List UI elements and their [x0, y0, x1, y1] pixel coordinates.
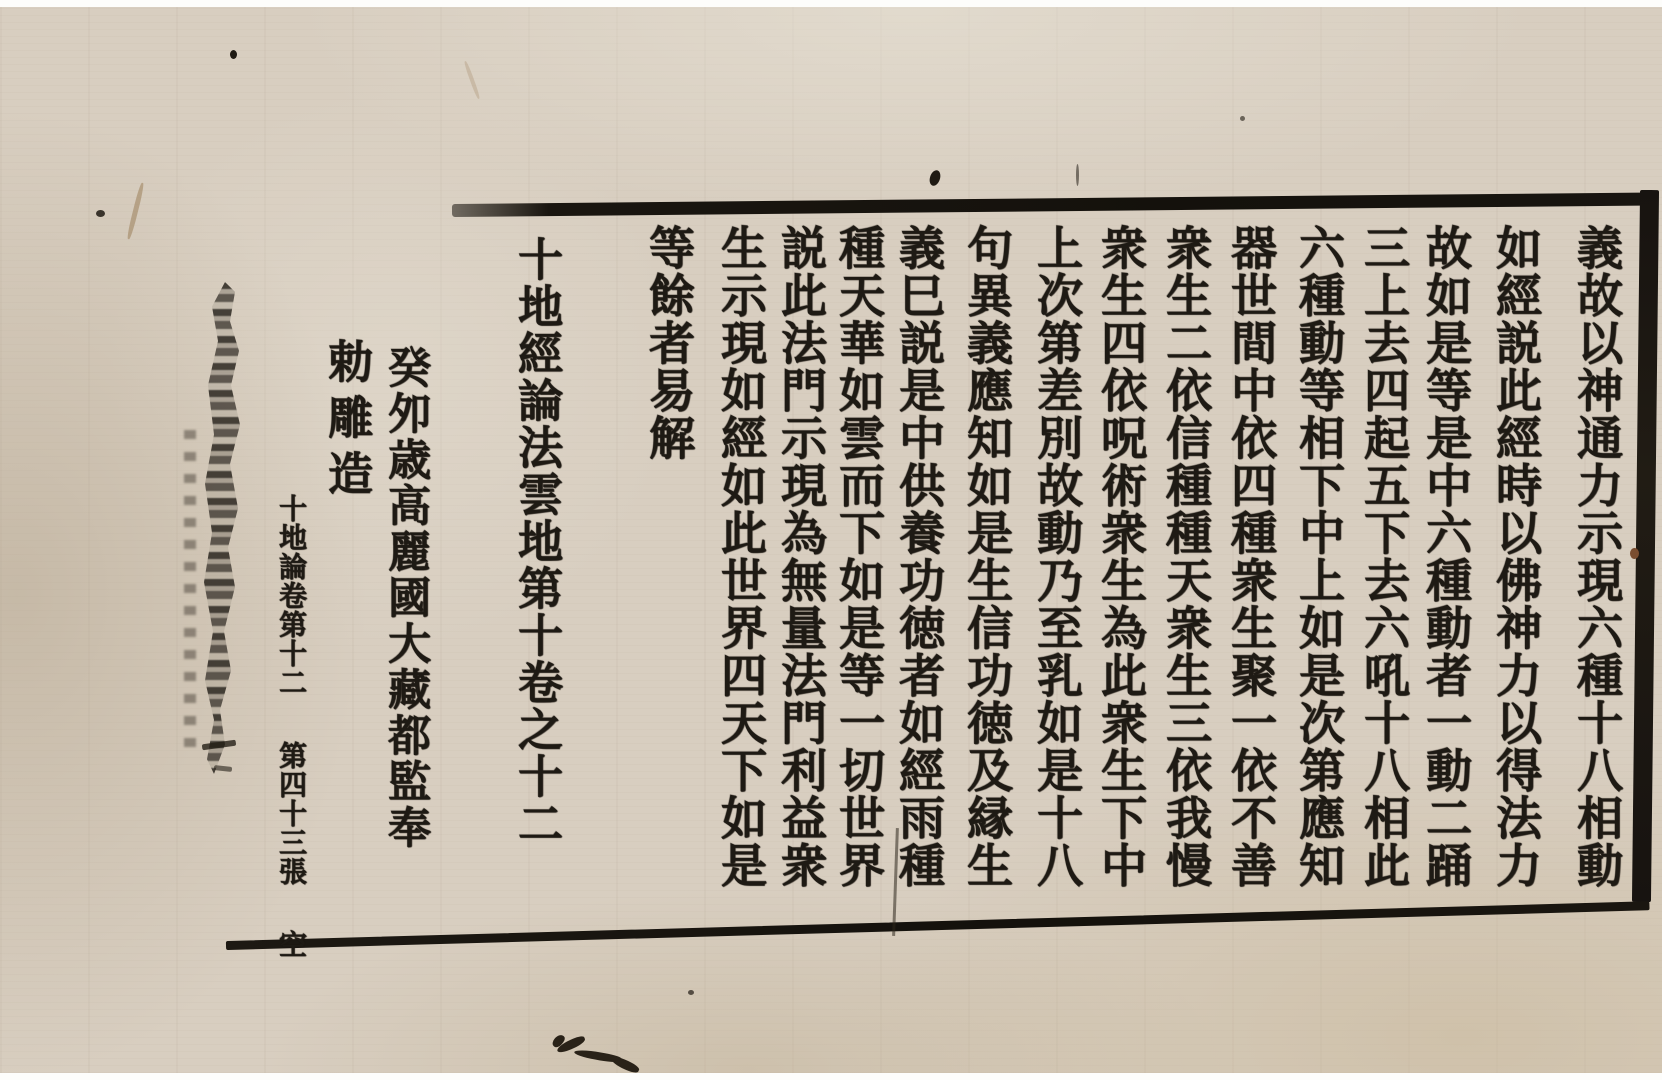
sheet-mark-column: 十地論卷第十二 第四十三張 空 — [271, 494, 309, 959]
scanned-sutra-page: 義故以神通力示現六種十八相動 如經説此經時以佛神力以得法力 故如是等是中六種動者… — [0, 0, 1662, 1080]
paper-fiber — [126, 182, 145, 239]
text-column: 生示現如經如此世界四天下如是 — [711, 224, 769, 889]
frame-border-left-smudge — [196, 282, 246, 774]
ink-speck — [1240, 116, 1245, 121]
text-column: 衆生二依信種種天衆生三依我慢 — [1156, 224, 1214, 889]
text-column: 如經説此經時以佛神力以得法力 — [1486, 224, 1544, 889]
scan-edge-top — [0, 0, 1662, 7]
rust-speck — [1630, 548, 1639, 559]
ink-speck — [96, 210, 105, 217]
text-column: 等餘者易解 — [639, 224, 697, 462]
text-column: 上次第差別故動乃至乳如是十八 — [1027, 224, 1085, 889]
frame-border-right — [1632, 190, 1659, 902]
frame-border-left-smudge-faint — [184, 430, 196, 760]
title-column: 十地經論法雲地第十卷之十二 — [507, 236, 565, 847]
ink-speck — [1076, 164, 1079, 186]
paper-fiber — [463, 61, 480, 100]
frame-border-top — [452, 192, 1657, 217]
text-column: 故如是等是中六種動者一動二踊 — [1416, 224, 1474, 889]
text-column: 義故以神通力示現六種十八相動 — [1567, 224, 1625, 889]
frame-border-bottom — [226, 901, 1650, 950]
text-column: 衆生四依呪術衆生為此衆生下中 — [1091, 224, 1149, 889]
text-column: 句異義應知如是生信功徳及縁生 — [957, 224, 1015, 889]
colophon-column-1: 癸夘歳高麗國大藏都監奉 — [377, 345, 433, 851]
ink-speck — [928, 169, 942, 187]
text-column: 説此法門示現為無量法門利益衆 — [771, 224, 829, 889]
colophon-column-2: 勅雕造 — [317, 338, 375, 506]
ink-speck — [688, 990, 694, 995]
ink-speck — [230, 50, 237, 59]
text-column: 種天華如雲而下如是等一切世界 — [829, 224, 887, 889]
text-column: 六種動等相下中上如是次第應知 — [1289, 224, 1347, 889]
ink-dash — [214, 765, 232, 772]
scan-edge-bottom — [0, 1073, 1662, 1080]
text-column: 器世間中依四種衆生聚一依不善 — [1221, 224, 1279, 889]
ink-squiggle — [552, 1034, 644, 1076]
text-column: 三上去四起五下去六吼十八相此 — [1354, 224, 1412, 889]
text-column: 義巳説是中供養功徳者如經雨種 — [889, 224, 947, 889]
